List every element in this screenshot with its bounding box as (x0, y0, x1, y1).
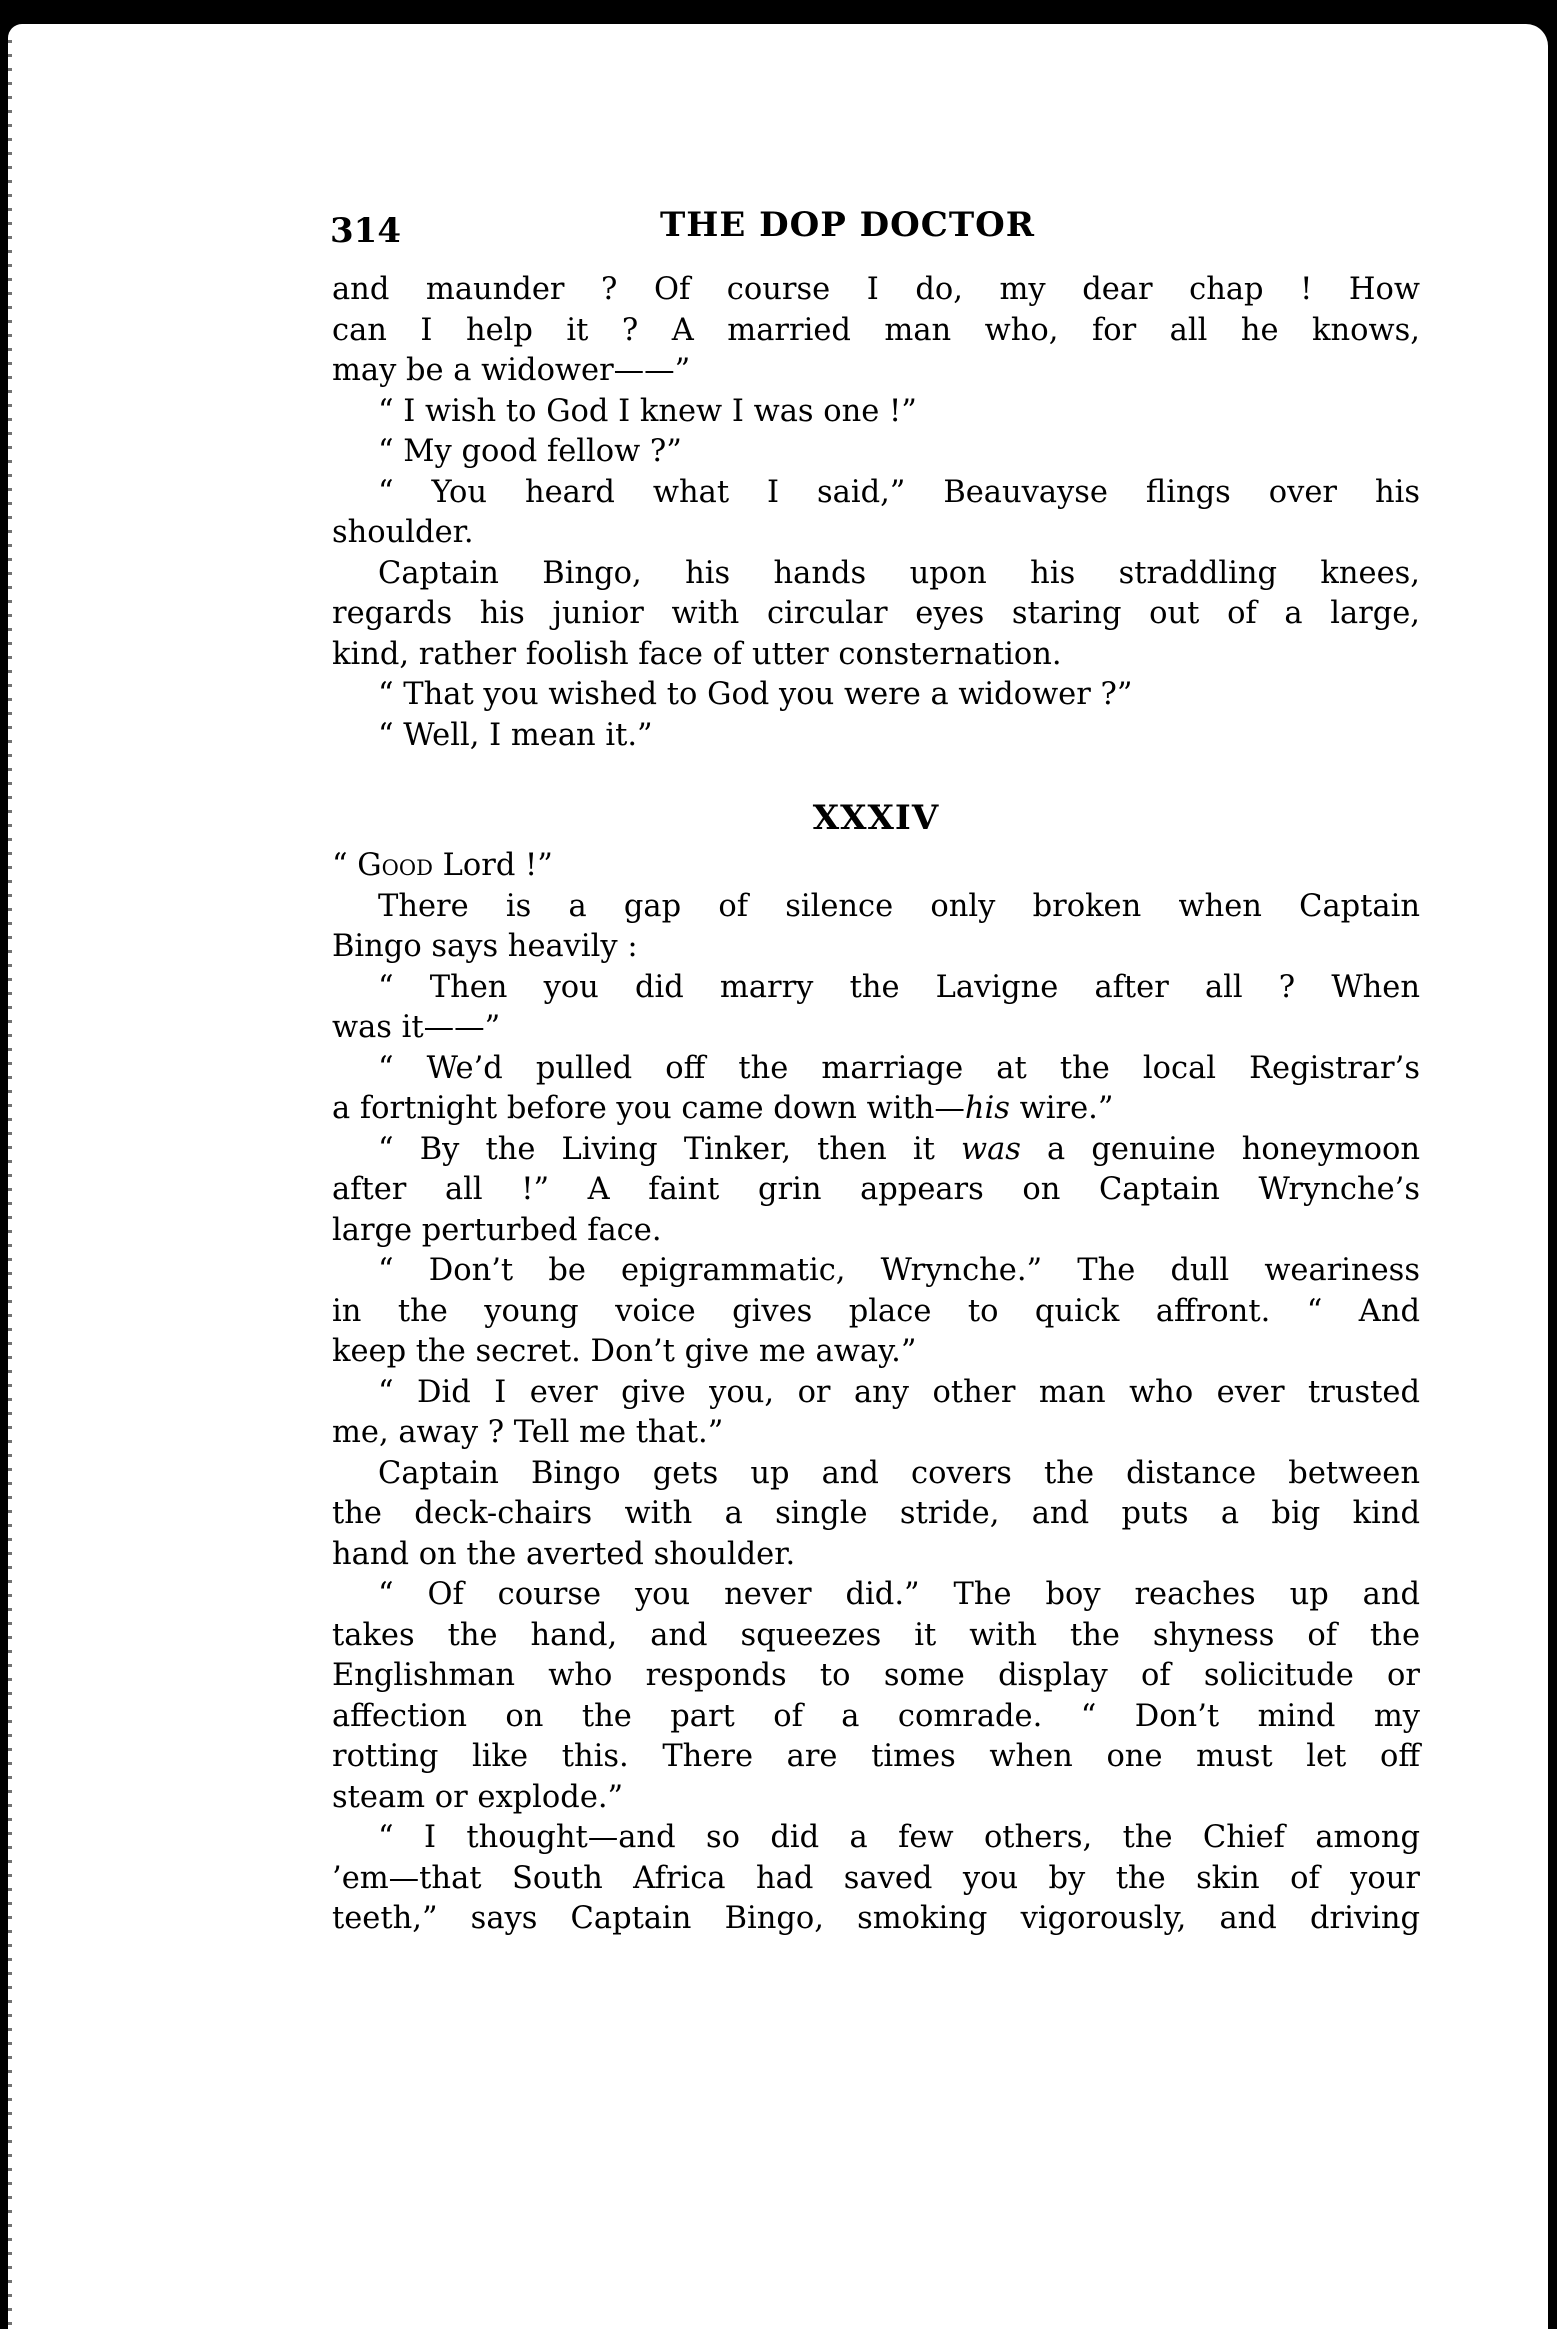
italic-emphasis: was (961, 1132, 1021, 1167)
text-line: “ That you wished to God you were a wido… (332, 675, 1420, 716)
text-line: after all !” A faint grin appears on Cap… (332, 1170, 1420, 1211)
text-fragment: wire.” (1010, 1091, 1113, 1126)
text-line: me, away ? Tell me that.” (332, 1413, 1420, 1454)
text-line: There is a gap of silence only broken wh… (332, 887, 1420, 928)
text-line: “ We’d pulled off the marriage at the lo… (332, 1049, 1420, 1090)
text-line: Englishman who responds to some display … (332, 1656, 1420, 1697)
running-head: 314 THE DOP DOCTOR (330, 205, 1330, 255)
italic-emphasis: his (965, 1091, 1010, 1126)
text-line: large perturbed face. (332, 1211, 1420, 1252)
text-line: “ My good fellow ?” (332, 432, 1420, 473)
text-fragment: a genuine honeymoon (1021, 1132, 1420, 1167)
page-number: 314 (330, 211, 401, 251)
text-line: shoulder. (332, 513, 1420, 554)
text-line: may be a widower——” (332, 351, 1420, 392)
body-text: and maunder ? Of course I do, my dear ch… (332, 270, 1420, 1940)
text-line: “ I wish to God I knew I was one !” (332, 392, 1420, 433)
text-line: kind, rather foolish face of utter const… (332, 635, 1420, 676)
text-line: hand on the averted shoulder. (332, 1535, 1420, 1576)
text-line: Captain Bingo gets up and covers the dis… (332, 1454, 1420, 1495)
text-fragment: a fortnight before you came down with— (332, 1091, 965, 1126)
text-line: “ I thought—and so did a few others, the… (332, 1818, 1420, 1859)
scan-left-noise (8, 40, 12, 2329)
text-line: affection on the part of a comrade. “ Do… (332, 1697, 1420, 1738)
text-line: “ Then you did marry the Lavigne after a… (332, 968, 1420, 1009)
text-line: “ You heard what I said,” Beauvayse flin… (332, 473, 1420, 514)
text-line: rotting like this. There are times when … (332, 1737, 1420, 1778)
scan-top-border (0, 0, 1557, 26)
text-line: “ Don’t be epigrammatic, Wrynche.” The d… (332, 1251, 1420, 1292)
chapter-heading: XXXIV (332, 790, 1420, 846)
text-line: regards his junior with circular eyes st… (332, 594, 1420, 635)
scan-left-border (0, 26, 8, 2329)
text-line: teeth,” says Captain Bingo, smoking vigo… (332, 1899, 1420, 1940)
text-line: takes the hand, and squeezes it with the… (332, 1616, 1420, 1657)
text-line: a fortnight before you came down with—hi… (332, 1089, 1420, 1130)
text-before-chapter: and maunder ? Of course I do, my dear ch… (332, 270, 1420, 756)
text-line: in the young voice gives place to quick … (332, 1292, 1420, 1333)
text-fragment: “ By the Living Tinker, then it (378, 1132, 961, 1167)
text-line: “ By the Living Tinker, then it was a ge… (332, 1130, 1420, 1171)
text-line: Captain Bingo, his hands upon his stradd… (332, 554, 1420, 595)
text-line: was it——” (332, 1008, 1420, 1049)
scan-right-border (1550, 40, 1553, 2320)
text-line: can I help it ? A married man who, for a… (332, 311, 1420, 352)
text-line: “ Well, I mean it.” (332, 716, 1420, 757)
open-quote: “ (332, 848, 357, 883)
text-after-chapter: There is a gap of silence only broken wh… (332, 887, 1420, 1940)
text-line: the deck-chairs with a single stride, an… (332, 1494, 1420, 1535)
text-line: and maunder ? Of course I do, my dear ch… (332, 270, 1420, 311)
text-line: “ Of course you never did.” The boy reac… (332, 1575, 1420, 1616)
text-line: “ Did I ever give you, or any other man … (332, 1373, 1420, 1414)
text-fragment: Lord !” (433, 848, 553, 883)
text-line: “ Good Lord !” (332, 846, 1420, 887)
text-line: ’em—that South Africa had saved you by t… (332, 1859, 1420, 1900)
smallcaps-word: Good (357, 848, 433, 883)
text-line: Bingo says heavily : (332, 927, 1420, 968)
text-line: steam or explode.” (332, 1778, 1420, 1819)
book-title: THE DOP DOCTOR (660, 205, 1035, 245)
text-line: keep the secret. Don’t give me away.” (332, 1332, 1420, 1373)
